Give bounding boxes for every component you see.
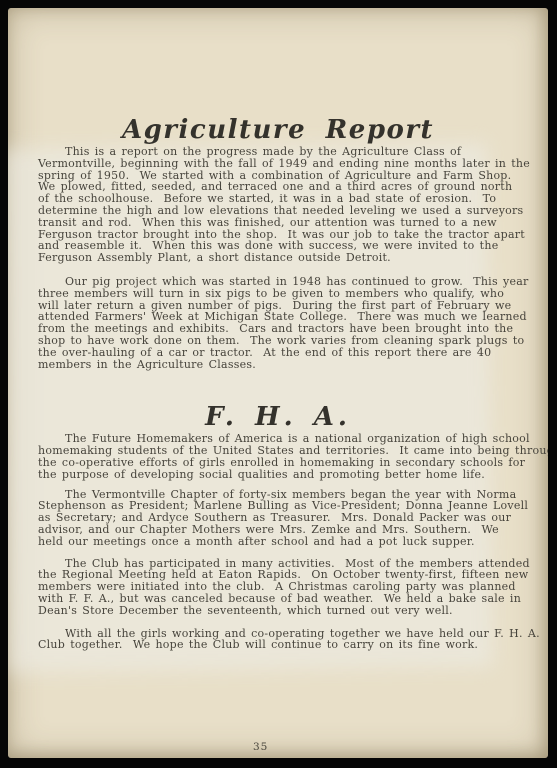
- page-number: 35: [253, 741, 268, 753]
- fha-paragraph-2: The Vermontville Chapter of forty-six me…: [38, 489, 518, 548]
- section-fha: F. H. A. The Future Homemakers of Americ…: [38, 402, 518, 651]
- page-content: Agriculture Report This is a report on t…: [8, 116, 518, 651]
- agriculture-paragraph-1: This is a report on the progress made by…: [38, 146, 518, 264]
- scanned-page: Agriculture Report This is a report on t…: [8, 8, 548, 758]
- fha-paragraph-1: The Future Homemakers of America is a na…: [38, 433, 518, 480]
- section-agriculture-report: Agriculture Report This is a report on t…: [38, 116, 518, 370]
- fha-paragraph-4: With all the girls working and co-operat…: [38, 628, 518, 652]
- fha-paragraph-3: The Club has participated in many activi…: [38, 558, 518, 617]
- fha-title: F. H. A.: [38, 402, 518, 432]
- agriculture-report-title: Agriculture Report: [38, 116, 518, 144]
- scan-black-frame: Agriculture Report This is a report on t…: [0, 0, 557, 768]
- agriculture-paragraph-2: Our pig project which was started in 194…: [38, 276, 518, 370]
